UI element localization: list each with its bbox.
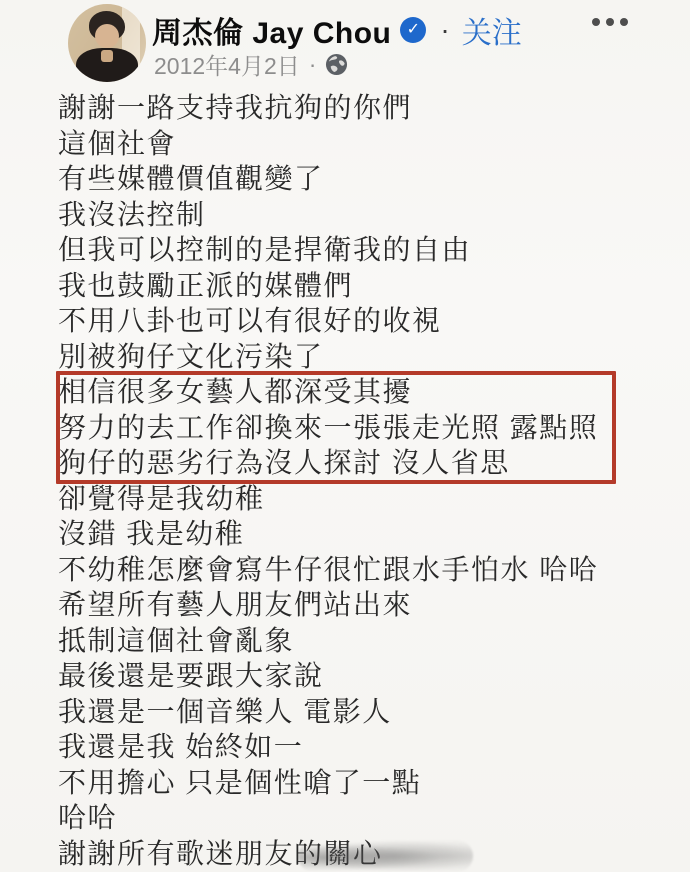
avatar-photo-collar: [101, 50, 113, 62]
post-line: 希望所有藝人朋友們站出來: [58, 587, 673, 623]
facebook-post-screenshot: 周杰倫 Jay Chou ✓ · 关注 2012年4月2日 · 謝謝一路支持我抗…: [0, 0, 690, 872]
post-line: 不幼稚怎麼會寫牛仔很忙跟水手怕水 哈哈: [58, 552, 673, 588]
post-line: 別被狗仔文化污染了: [58, 339, 673, 375]
post-line: 但我可以控制的是捍衛我的自由: [58, 232, 673, 268]
globe-privacy-icon: [325, 53, 348, 76]
post-line: 我還是我 始終如一: [58, 729, 673, 765]
meta-separator: ·: [309, 51, 317, 78]
follow-button[interactable]: 关注: [462, 8, 522, 52]
post-line-highlighted: 努力的去工作卻換來一張張走光照 露點照: [58, 410, 673, 446]
post-line: 卻覺得是我幼稚: [58, 481, 673, 517]
post-line: 有些媒體價值觀變了: [58, 161, 673, 197]
post-header-row: 周杰倫 Jay Chou ✓ · 关注: [152, 8, 522, 52]
more-options-icon: [606, 18, 614, 26]
post-line: 謝謝所有歌迷朋友的關心: [58, 836, 673, 872]
post-line: 我也鼓勵正派的媒體們: [58, 268, 673, 304]
header-separator: ·: [440, 14, 449, 46]
verified-badge-icon: ✓: [400, 17, 426, 43]
avatar-photo-face: [95, 24, 119, 48]
post-line-highlighted: 相信很多女藝人都深受其擾: [58, 374, 673, 410]
avatar[interactable]: [68, 4, 146, 82]
post-line: 我沒法控制: [58, 197, 673, 233]
post-line: 不用八卦也可以有很好的收視: [58, 303, 673, 339]
profile-name-link[interactable]: 周杰倫 Jay Chou: [152, 8, 391, 52]
post-line: 最後還是要跟大家說: [58, 658, 673, 694]
post-text: 謝謝一路支持我抗狗的你們 這個社會 有些媒體價值觀變了 我沒法控制 但我可以控制…: [58, 90, 673, 871]
post-line: 哈哈: [58, 800, 673, 836]
post-line: 謝謝一路支持我抗狗的你們: [58, 90, 673, 126]
post-line-highlighted: 狗仔的惡劣行為沒人探討 沒人省思: [58, 445, 673, 481]
more-options-button[interactable]: [588, 14, 632, 30]
post-meta-row: 2012年4月2日 ·: [154, 48, 348, 81]
post-line: 這個社會: [58, 126, 673, 162]
post-line: 不用擔心 只是個性嗆了一點: [58, 765, 673, 801]
more-options-icon: [592, 18, 600, 26]
post-timestamp-link[interactable]: 2012年4月2日: [154, 48, 300, 81]
post-line: 沒錯 我是幼稚: [58, 516, 673, 552]
post-line: 我還是一個音樂人 電影人: [58, 694, 673, 730]
more-options-icon: [620, 18, 628, 26]
post-line: 抵制這個社會亂象: [58, 623, 673, 659]
